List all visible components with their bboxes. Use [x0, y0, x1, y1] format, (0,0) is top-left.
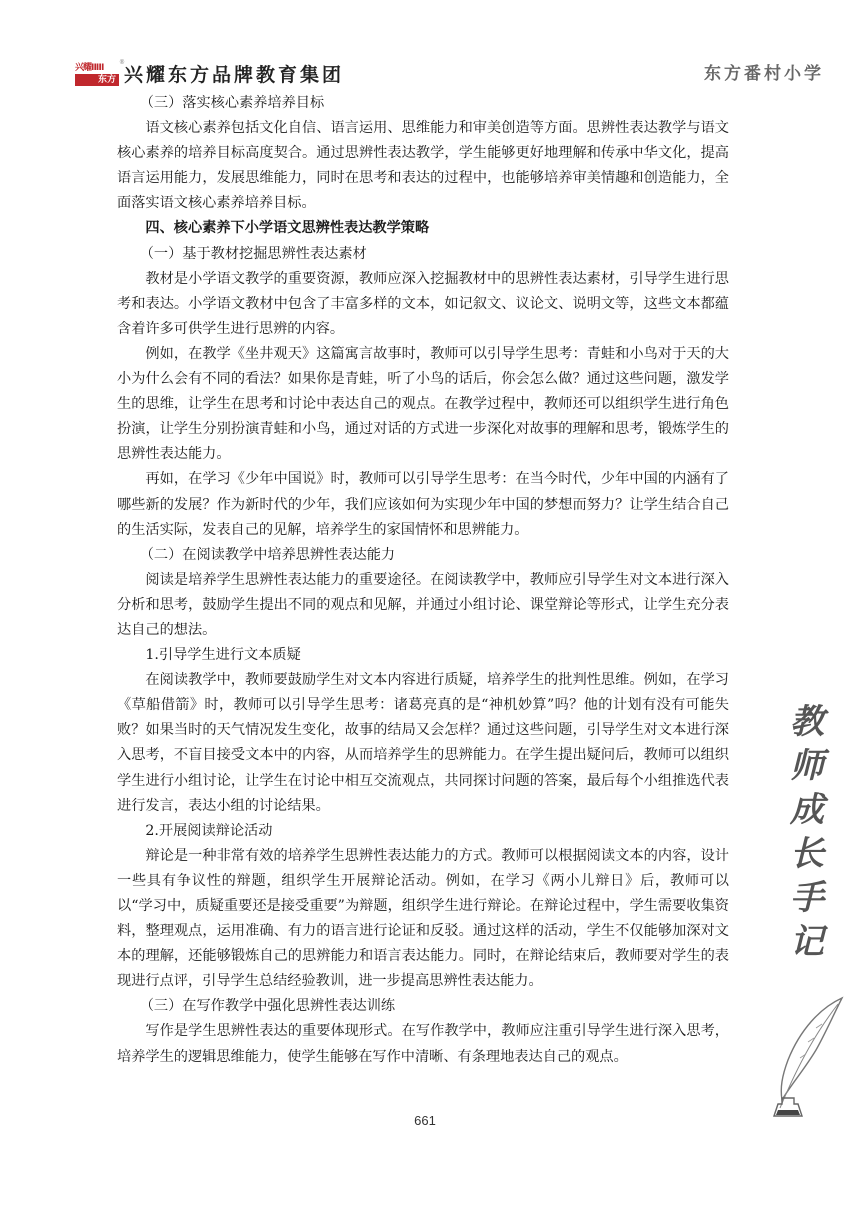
- side-title-char: 记: [782, 920, 832, 964]
- page-number: 661: [0, 1113, 850, 1128]
- section-heading: 四、核心素养下小学语文思辨性表达教学策略: [117, 216, 729, 241]
- subheading: （三）落实核心素养培养目标: [117, 91, 729, 116]
- subheading: （二）在阅读教学中培养思辨性表达能力: [117, 543, 729, 568]
- numbered-heading: 1.引导学生进行文本质疑: [117, 643, 729, 668]
- logo-bottom-band: 东方: [75, 74, 119, 86]
- paragraph: 辩论是一种非常有效的培养学生思辨性表达能力的方式。教师可以根据阅读文本的内容，设…: [117, 844, 729, 995]
- paragraph: 在阅读教学中，教师要鼓励学生对文本内容进行质疑，培养学生的批判性思维。例如，在学…: [117, 668, 729, 819]
- paragraph: 例如，在教学《坐井观天》这篇寓言故事时，教师可以引导学生思考：青蛙和小鸟对于天的…: [117, 342, 729, 467]
- quill-ink-icon: [760, 990, 850, 1120]
- document-body: （三）落实核心素养培养目标 语文核心素养包括文化自信、语言运用、思维能力和审美创…: [117, 91, 729, 1070]
- subheading: （三）在写作教学中强化思辨性表达训练: [117, 994, 729, 1019]
- side-title-char: 师: [782, 744, 832, 788]
- side-title-char: 长: [782, 832, 832, 876]
- logo-top-text: 兴耀ⅡⅢ: [75, 62, 119, 74]
- brand-logo: 兴耀ⅡⅢ 东方 ®: [75, 62, 119, 86]
- group-name: 兴耀东方品牌教育集团: [124, 62, 344, 88]
- side-title-char: 教: [782, 700, 832, 744]
- logo-bottom-text: 东方: [98, 74, 116, 86]
- paragraph: 写作是学生思辨性表达的重要体现形式。在写作教学中，教师应注重引导学生进行深入思考…: [117, 1019, 729, 1069]
- side-title-char: 成: [782, 788, 832, 832]
- school-name: 东方番村小学: [704, 62, 824, 86]
- subheading: （一）基于教材挖掘思辨性表达素材: [117, 242, 729, 267]
- side-title-char: 手: [782, 876, 832, 920]
- numbered-heading: 2.开展阅读辩论活动: [117, 819, 729, 844]
- paragraph: 语文核心素养包括文化自信、语言运用、思维能力和审美创造等方面。思辨性表达教学与语…: [117, 116, 729, 216]
- paragraph: 再如，在学习《少年中国说》时，教师可以引导学生思考：在当今时代，少年中国的内涵有…: [117, 467, 729, 542]
- paragraph: 教材是小学语文教学的重要资源，教师应深入挖掘教材中的思辨性表达素材，引导学生进行…: [117, 267, 729, 342]
- paragraph: 阅读是培养学生思辨性表达能力的重要途径。在阅读教学中，教师应引导学生对文本进行深…: [117, 568, 729, 643]
- side-calligraphy-title: 教 师 成 长 手 记: [782, 700, 832, 964]
